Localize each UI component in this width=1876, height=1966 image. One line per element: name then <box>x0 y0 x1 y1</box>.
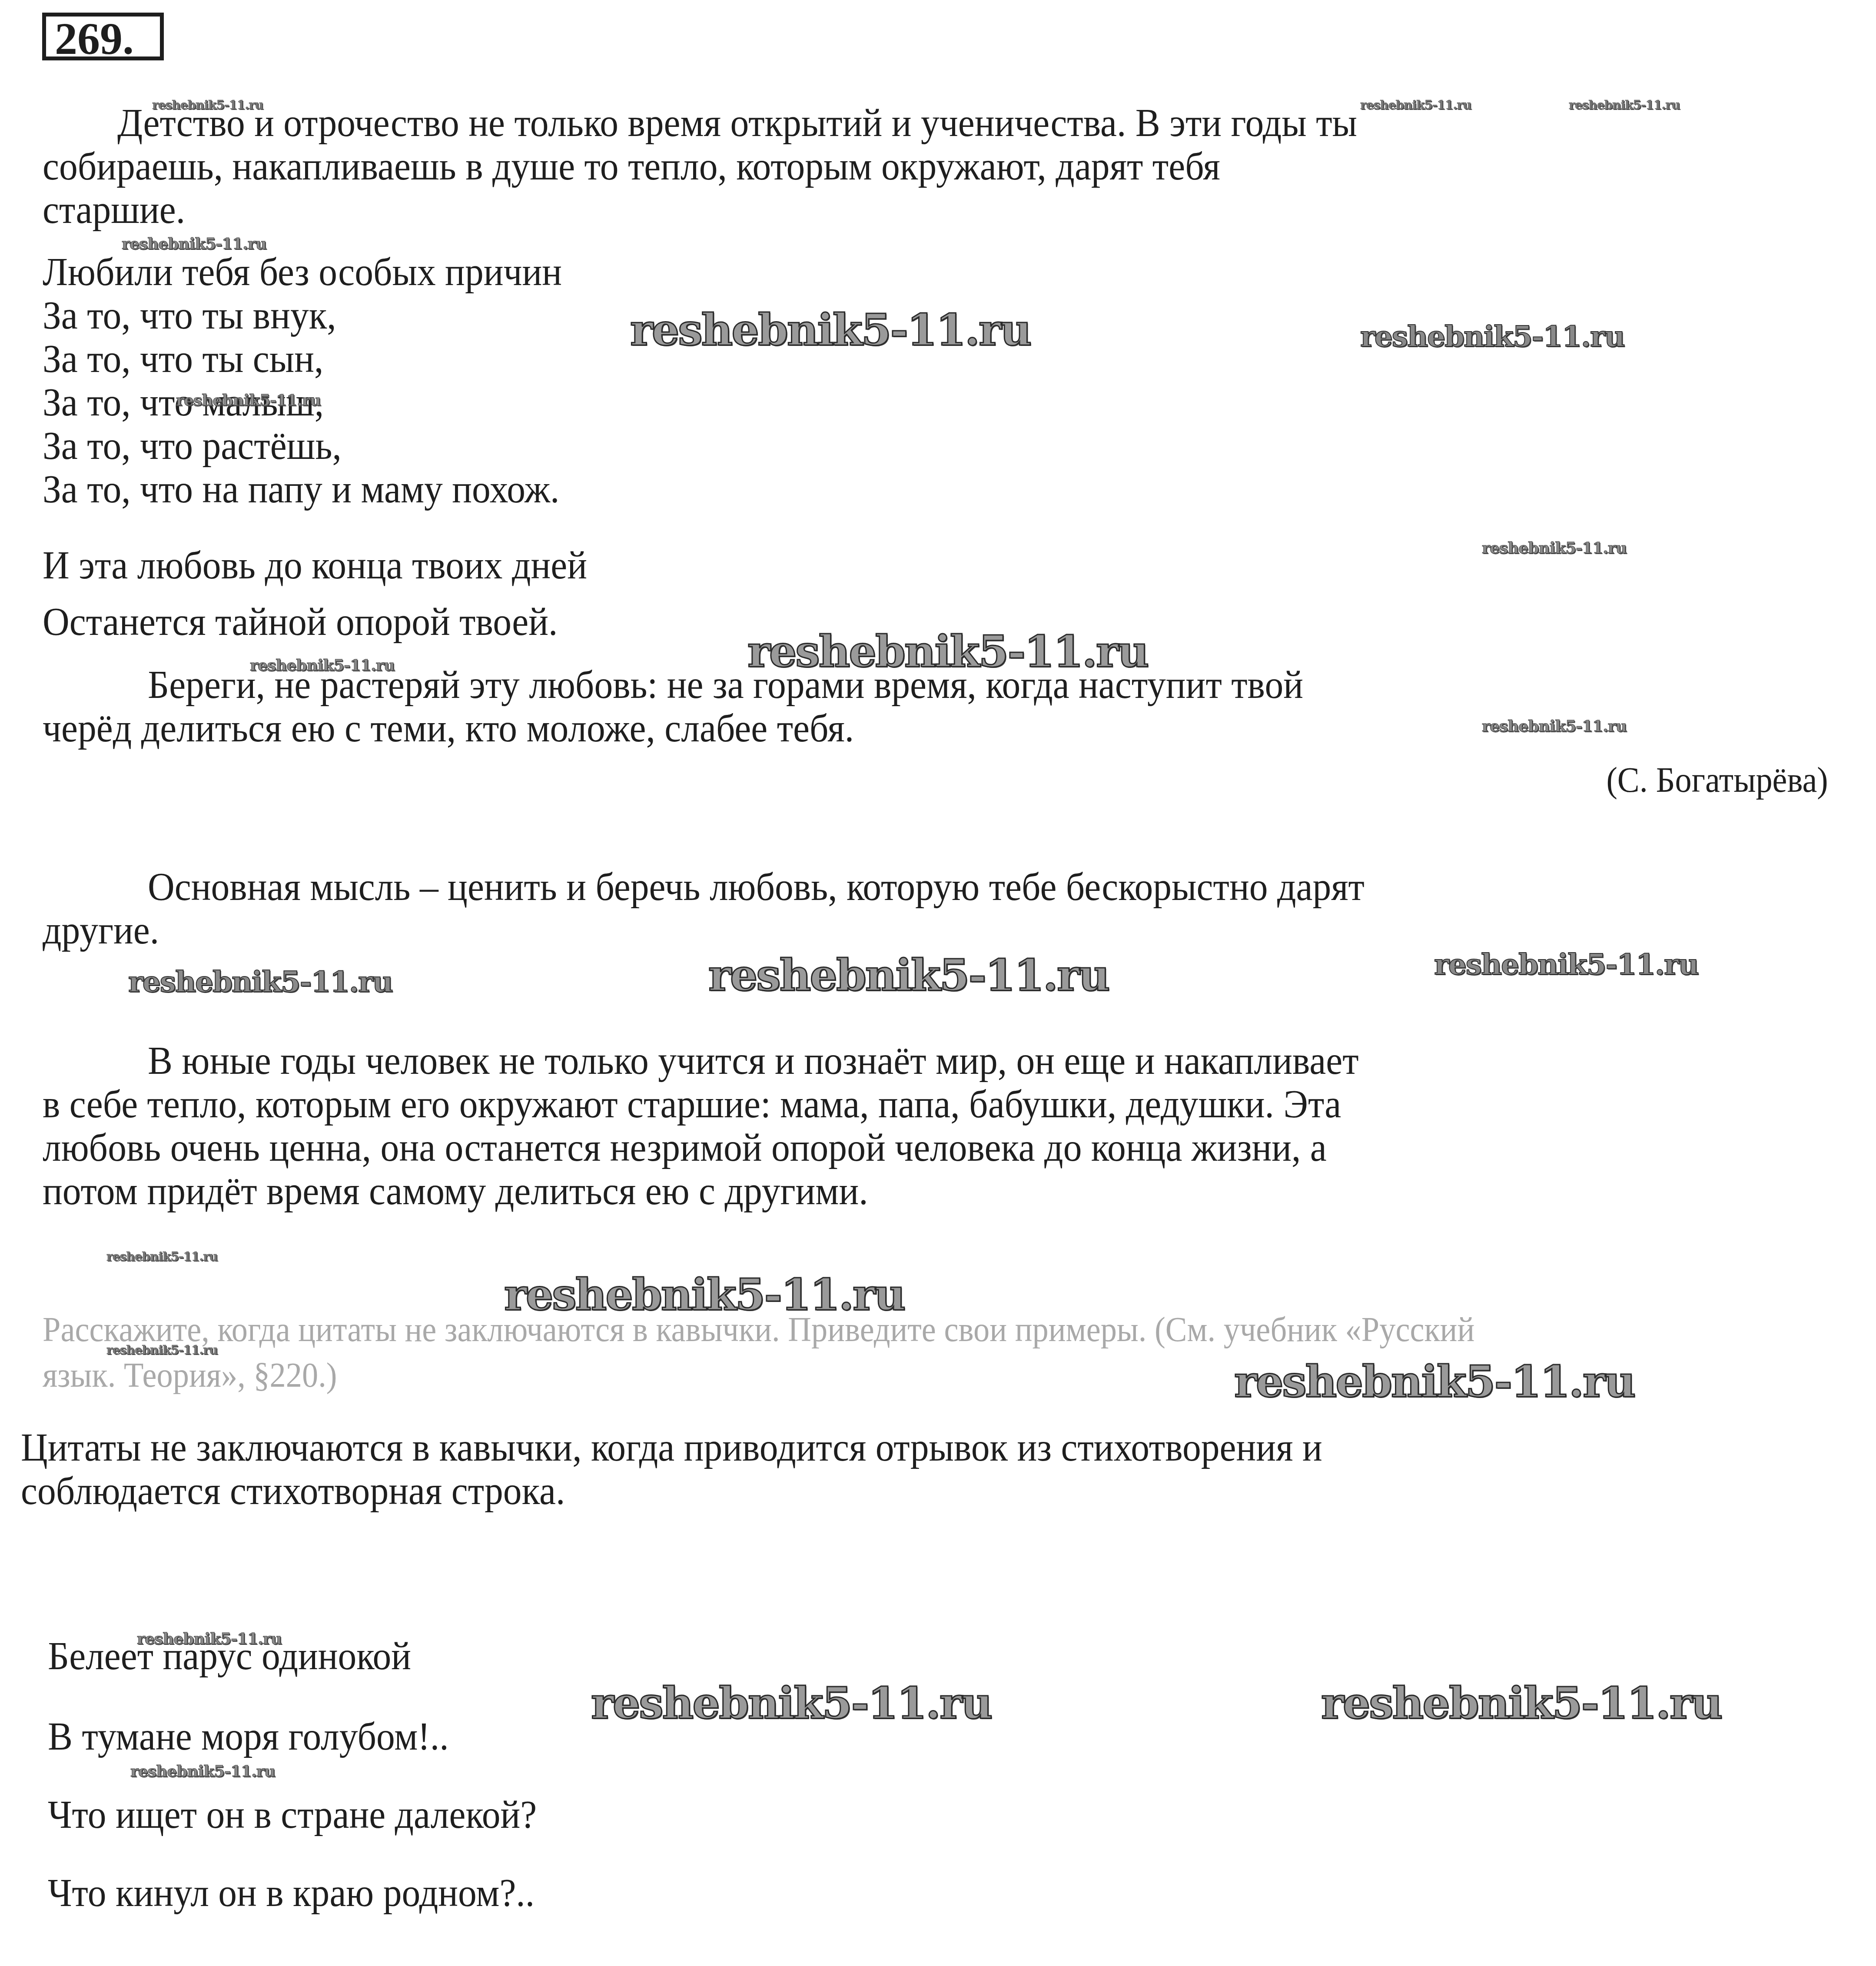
poem-line: За то, что ты сын, <box>43 337 323 380</box>
watermark: reshebnik5-11.ru <box>106 1249 217 1264</box>
author-citation: (С. Богатырёва) <box>1607 758 1828 802</box>
watermark: reshebnik5-11.ru <box>1360 98 1471 112</box>
watermark: reshebnik5-11.ru <box>122 235 266 253</box>
answer-line: соблюдается стихотворная строка. <box>21 1469 565 1512</box>
watermark: reshebnik5-11.ru <box>130 1762 275 1780</box>
watermark: reshebnik5-11.ru <box>1360 319 1624 353</box>
watermark: reshebnik5-11.ru <box>152 98 263 112</box>
watermark: reshebnik5-11.ru <box>250 656 395 674</box>
poem-line: За то, что растёшь, <box>43 424 342 467</box>
watermark: reshebnik5-11.ru <box>1321 1677 1721 1729</box>
example-poem-line: В тумане моря голубом!.. <box>48 1714 449 1758</box>
poem-line: И эта любовь до конца твоих дней <box>43 543 587 587</box>
summary-line: в себе тепло, которым его окружают старш… <box>43 1082 1341 1126</box>
exercise-number: 269. <box>55 13 134 65</box>
poem-line: За то, что на папу и маму похож. <box>43 467 559 511</box>
watermark: reshebnik5-11.ru <box>176 391 321 409</box>
watermark: reshebnik5-11.ru <box>106 1343 217 1357</box>
watermark: reshebnik5-11.ru <box>591 1677 991 1729</box>
watermark: reshebnik5-11.ru <box>1482 539 1627 557</box>
answer-line: Цитаты не заключаются в кавычки, когда п… <box>21 1425 1322 1469</box>
watermark: reshebnik5-11.ru <box>1482 717 1627 735</box>
poem-line: Останется тайной опорой твоей. <box>43 600 558 643</box>
main-idea-line: другие. <box>43 908 159 952</box>
summary-line: потом придёт время самому делиться ею с … <box>43 1169 868 1212</box>
text-line: старшие. <box>43 188 185 231</box>
poem-line: Любили тебя без особых причин <box>43 250 562 293</box>
summary-line: В юные годы человек не только учится и п… <box>148 1039 1359 1082</box>
poem-line: За то, что ты внук, <box>43 293 336 337</box>
example-poem-line: Что ищет он в стране далекой? <box>48 1793 537 1836</box>
watermark: reshebnik5-11.ru <box>1569 98 1680 112</box>
main-idea-line: Основная мысль – ценить и беречь любовь,… <box>148 865 1365 908</box>
text-line: Детство и отрочество не только время отк… <box>117 101 1357 144</box>
exercise-number-box: 269. <box>42 13 164 60</box>
text-line: собираешь, накапливаешь в душе то тепло,… <box>43 144 1220 188</box>
example-poem-line: Что кинул он в краю родном?.. <box>48 1871 535 1914</box>
watermark: reshebnik5-11.ru <box>504 1269 904 1320</box>
text-line: черёд делиться ею с теми, кто моложе, сл… <box>43 706 854 750</box>
watermark: reshebnik5-11.ru <box>630 304 1030 355</box>
watermark: reshebnik5-11.ru <box>1234 1356 1634 1407</box>
watermark: reshebnik5-11.ru <box>128 965 392 999</box>
watermark: reshebnik5-11.ru <box>708 950 1109 1001</box>
question-line: язык. Теория», §220.) <box>43 1354 337 1397</box>
watermark: reshebnik5-11.ru <box>137 1630 282 1648</box>
summary-line: любовь очень ценна, она останется незрим… <box>43 1126 1327 1169</box>
watermark: reshebnik5-11.ru <box>1434 947 1698 981</box>
watermark: reshebnik5-11.ru <box>747 626 1148 677</box>
